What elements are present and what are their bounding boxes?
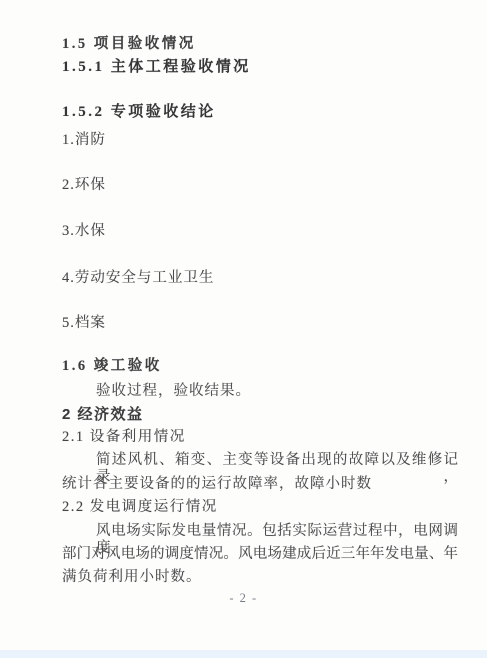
heading-1-5-1: 1.5.1 主体工程验收情况 [62,59,251,76]
heading-2-2: 2.2 发电调度运行情况 [62,499,218,516]
paragraph-2-2-line-2: 部门对风电场的调度情况。风电场建成后近三年年发电量、年 [62,546,458,563]
paragraph-2-2-line-3: 满负荷利用小时数。 [62,569,202,586]
footer-band [0,650,487,658]
list-item-labor-safety: 4.劳动安全与工业卫生 [62,270,214,287]
heading-1-5: 1.5 项目验收情况 [62,36,196,53]
paragraph-1-6: 验收过程，验收结果。 [96,383,251,400]
heading-1-5-2: 1.5.2 专项验收结论 [62,104,216,121]
list-item-archives: 5.档案 [62,315,106,332]
heading-2: 2 经济效益 [62,406,144,423]
list-item-water: 3.水保 [62,223,106,240]
list-item-environment: 2.环保 [62,177,106,194]
heading-2-1: 2.1 设备利用情况 [62,429,186,446]
list-item-fire: 1.消防 [62,132,106,149]
paragraph-2-1-line-2: 统计各主要设备的的运行故障率，故障小时数 [62,476,372,493]
scanned-document-page: 1.5 项目验收情况 1.5.1 主体工程验收情况 1.5.2 专项验收结论 1… [0,0,487,658]
page-number: - 2 - [0,591,487,606]
heading-1-6: 1.6 竣工验收 [62,358,162,375]
